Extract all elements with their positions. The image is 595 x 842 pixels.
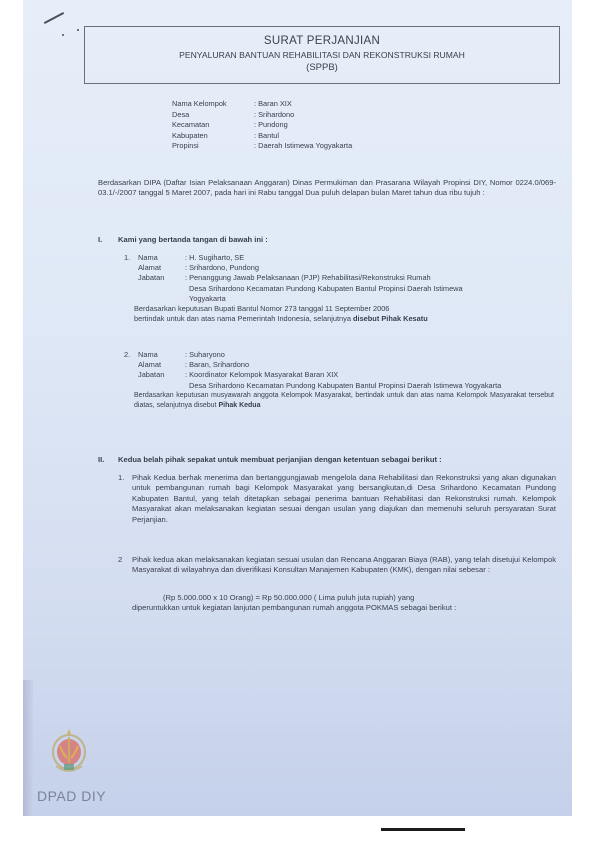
speck-mark bbox=[77, 29, 79, 31]
field-label: Kecamatan bbox=[172, 120, 254, 131]
group-info-row: Nama Kelompok: Baran XIX bbox=[172, 99, 352, 110]
clause-1: 1. Pihak Kedua berhak menerima dan berta… bbox=[118, 473, 556, 525]
group-info: Nama Kelompok: Baran XIX Desa: Srihardon… bbox=[172, 99, 352, 152]
party-position-cont: Desa Srihardono Kecamatan Pundong Kabupa… bbox=[185, 381, 554, 391]
party-basis: Berdasarkan keputusan musyawarah anggota… bbox=[134, 392, 554, 409]
party-basis: bertindak untuk dan atas nama Pemerintah… bbox=[134, 314, 353, 323]
preamble: Berdasarkan DIPA (Daftar Isian Pelaksana… bbox=[98, 178, 556, 198]
field-label: Alamat bbox=[138, 360, 185, 370]
field-label: Kabupaten bbox=[172, 131, 254, 142]
field-label: Jabatan bbox=[138, 370, 185, 380]
party-basis: Berdasarkan keputusan Bupati Bantul Nomo… bbox=[134, 304, 389, 314]
party-designation: Pihak Kedua bbox=[218, 402, 260, 409]
document-subtitle: PENYALURAN BANTUAN REHABILITASI DAN REKO… bbox=[85, 50, 559, 60]
party-number: 2. bbox=[124, 350, 138, 360]
page-shadow bbox=[23, 680, 33, 816]
group-info-row: Kecamatan: Pundong bbox=[172, 120, 352, 131]
section2-heading: Kedua belah pihak sepakat untuk membuat … bbox=[118, 455, 442, 465]
field-label: Propinsi bbox=[172, 141, 254, 152]
clause-2: 2 Pihak kedua akan melaksanakan kegiatan… bbox=[118, 555, 556, 576]
party-position: : Koordinator Kelompok Masyarakat Baran … bbox=[185, 370, 554, 380]
clause-number: 1. bbox=[118, 473, 132, 525]
group-info-row: Desa: Srihardono bbox=[172, 110, 352, 121]
party-address: : Srihardono, Pundong bbox=[185, 263, 554, 273]
document-abbreviation: (SPPB) bbox=[85, 62, 559, 73]
party-1: 1.Nama: H. Sugiharto, SE Alamat: Srihard… bbox=[124, 253, 554, 324]
field-value: : Bantul bbox=[254, 131, 279, 142]
document-title: SURAT PERJANJIAN bbox=[85, 35, 559, 47]
field-value: : Baran XIX bbox=[254, 99, 292, 110]
party-number: 1. bbox=[124, 253, 138, 263]
party-address: : Baran, Srihardono bbox=[185, 360, 554, 370]
field-label: Nama Kelompok bbox=[172, 99, 254, 110]
section1-heading: Kami yang bertanda tangan di bawah ini : bbox=[118, 235, 268, 245]
field-label: Jabatan bbox=[138, 273, 185, 283]
field-label: Alamat bbox=[138, 263, 185, 273]
speck-mark bbox=[62, 34, 64, 36]
party-2: 2.Nama: Suharyono Alamat: Baran, Srihard… bbox=[124, 350, 554, 411]
party-position-cont: Desa Srihardono Kecamatan Pundong Kabupa… bbox=[185, 284, 554, 304]
section1-numeral: I. bbox=[98, 235, 102, 245]
clause-text: Pihak kedua akan melaksanakan kegiatan s… bbox=[132, 555, 556, 576]
title-box: SURAT PERJANJIAN PENYALURAN BANTUAN REHA… bbox=[84, 26, 560, 84]
clause-number: 2 bbox=[118, 555, 132, 576]
field-label: Nama bbox=[138, 350, 185, 360]
party-designation: disebut Pihak Kesatu bbox=[353, 314, 428, 323]
field-value: : Pundong bbox=[254, 120, 288, 131]
field-label: Desa bbox=[172, 110, 254, 121]
section2-numeral: II. bbox=[98, 455, 104, 465]
footer-line bbox=[381, 828, 465, 831]
party-name: : H. Sugiharto, SE bbox=[185, 253, 554, 263]
amount-line: (Rp 5.000.000 x 10 Orang) = Rp 50.000.00… bbox=[163, 593, 414, 603]
group-info-row: Propinsi: Daerah Istimewa Yogyakarta bbox=[172, 141, 352, 152]
party-name: : Suharyono bbox=[185, 350, 554, 360]
party-position: : Penanggung Jawab Pelaksanaan (PJP) Reh… bbox=[185, 273, 554, 283]
watermark: DPAD DIY bbox=[37, 788, 106, 804]
amount-followup: diperuntukkan untuk kegiatan lanjutan pe… bbox=[132, 603, 456, 613]
field-value: : Daerah Istimewa Yogyakarta bbox=[254, 141, 352, 152]
yogyakarta-coat-of-arms-icon bbox=[50, 728, 88, 776]
clause-text: Pihak Kedua berhak menerima dan bertangg… bbox=[132, 473, 556, 525]
group-info-row: Kabupaten: Bantul bbox=[172, 131, 352, 142]
field-value: : Srihardono bbox=[254, 110, 294, 121]
field-label: Nama bbox=[138, 253, 185, 263]
